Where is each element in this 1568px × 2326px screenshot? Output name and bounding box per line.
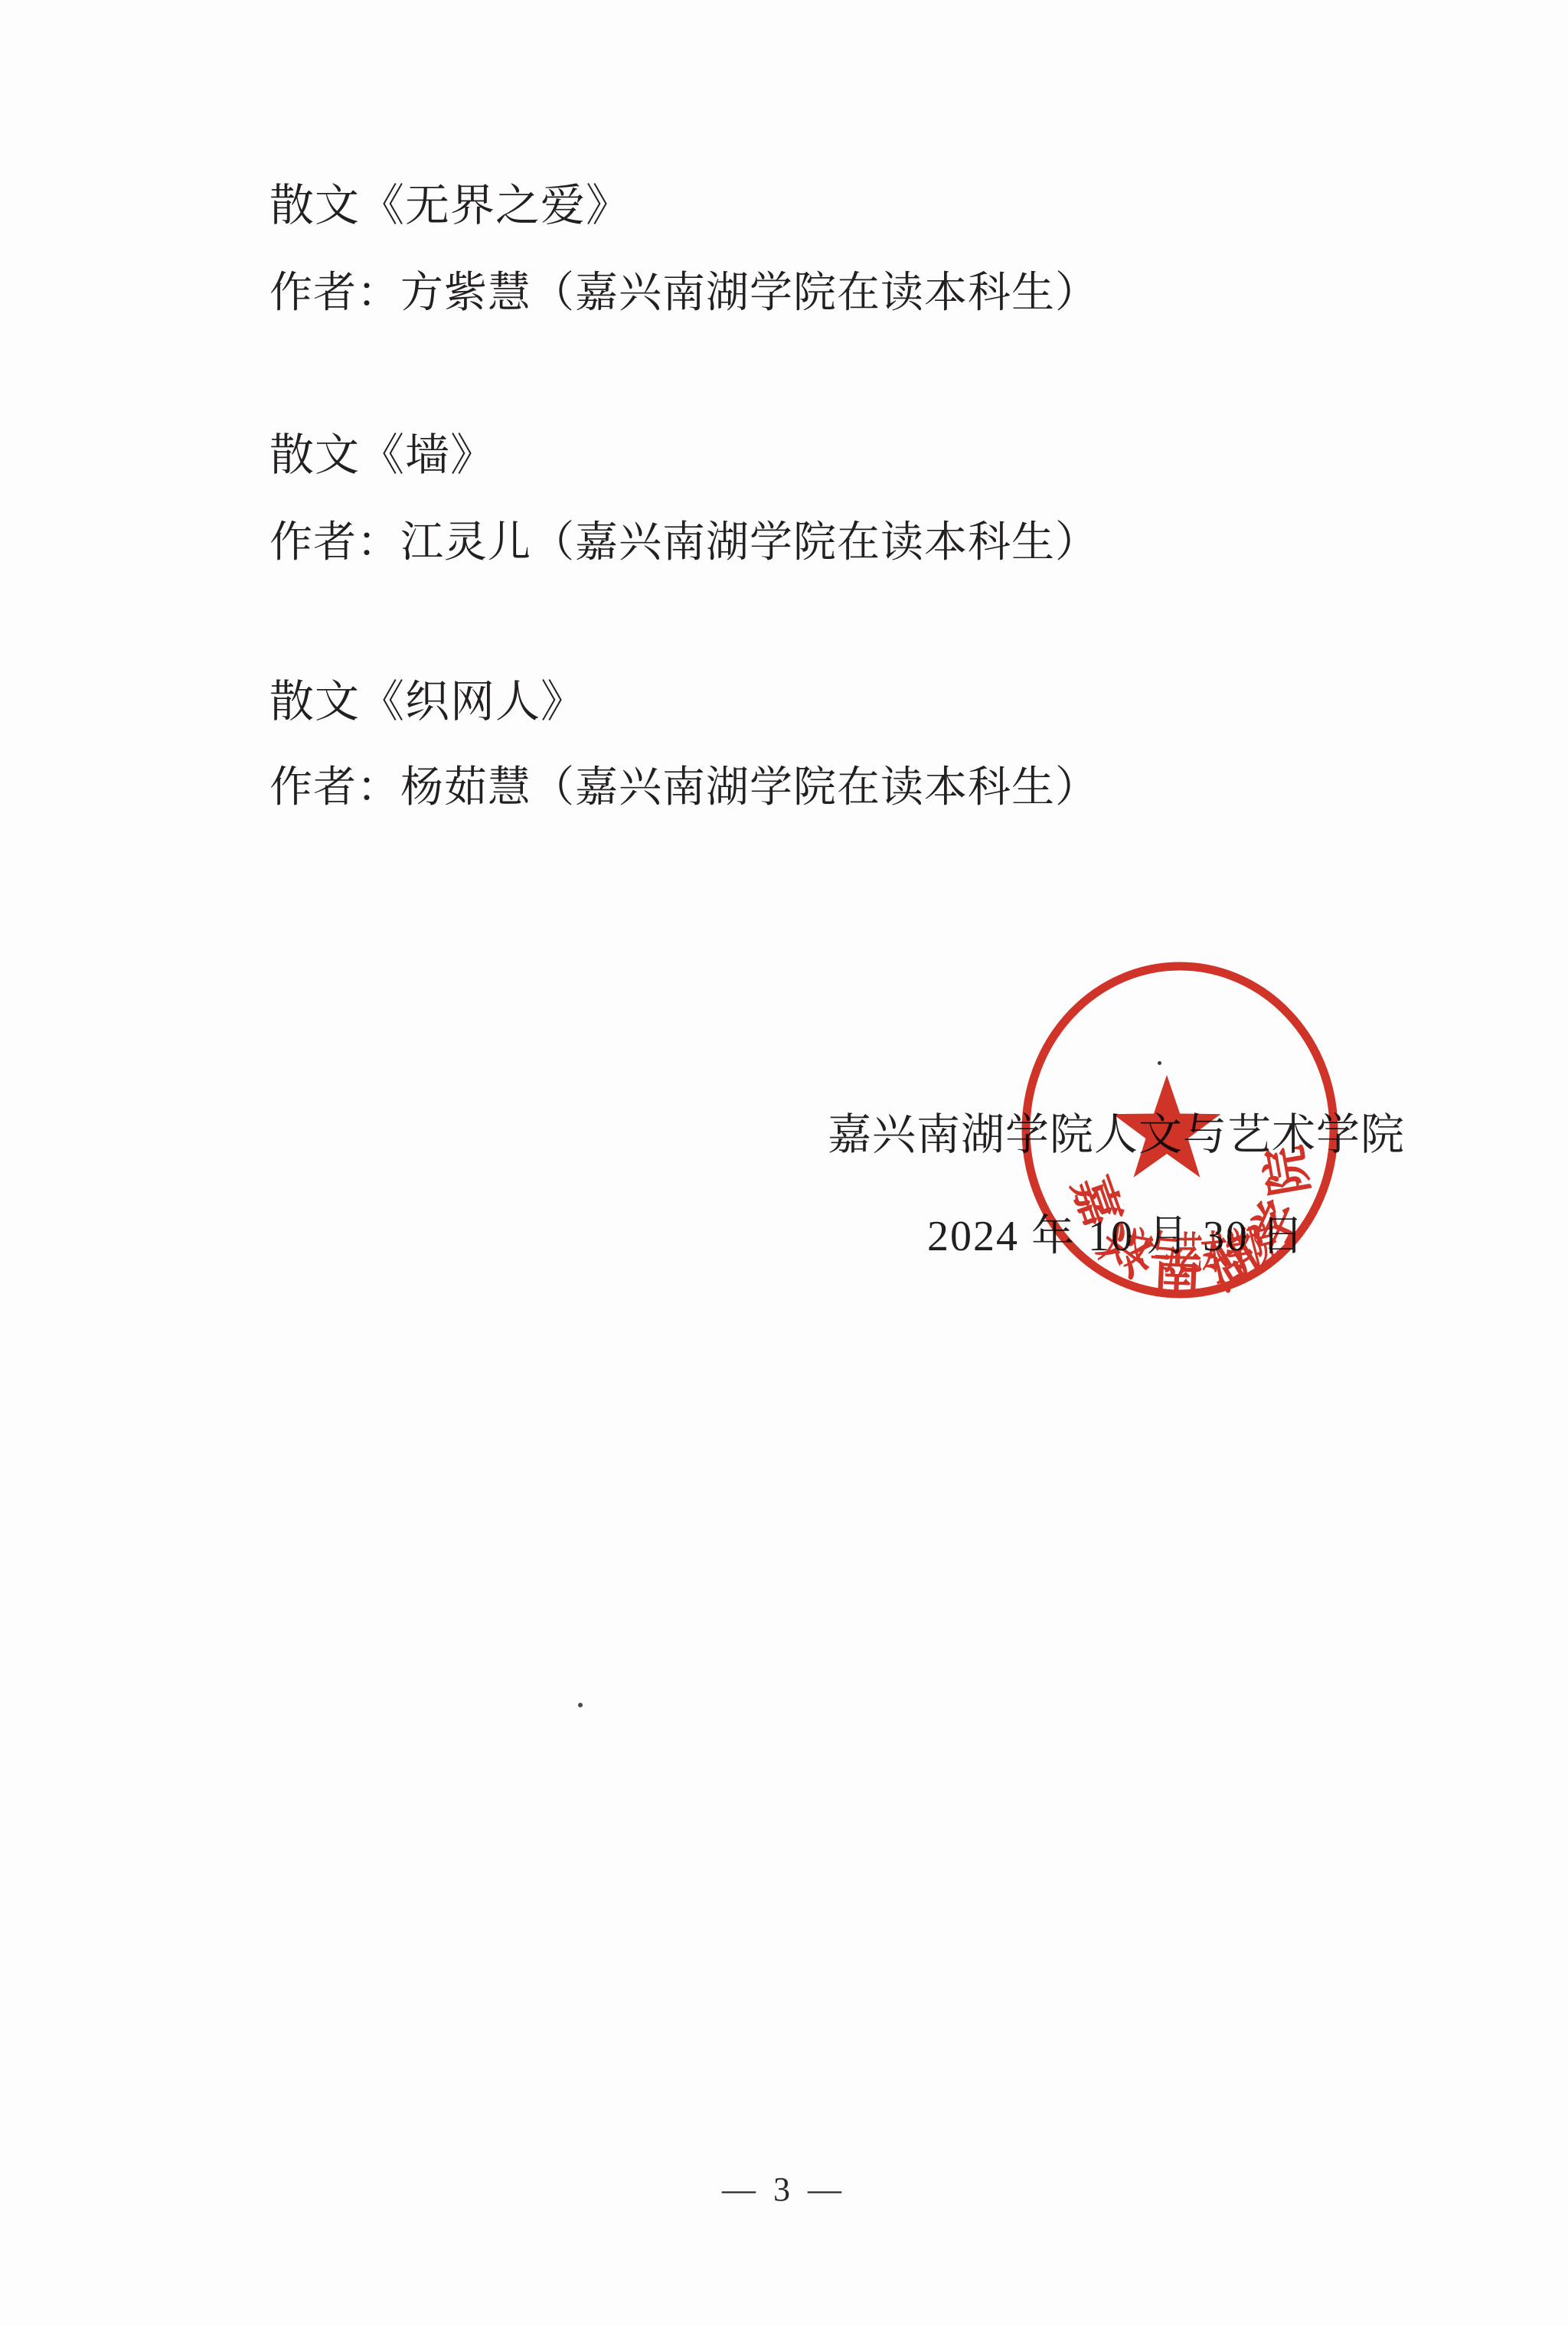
seal-star-icon xyxy=(1113,1075,1221,1178)
page-number: — 3 — xyxy=(0,2170,1568,2209)
scan-speck xyxy=(1158,1061,1161,1065)
essay-author-3: 作者：杨茹慧（嘉兴南湖学院在读本科生） xyxy=(269,763,1099,814)
official-seal-stamp-icon: 嘉兴南湖学院 人文与艺术学院 xyxy=(1021,962,1338,1299)
essay-title-2: 散文《墙》 xyxy=(269,429,495,482)
seal-bottom-text: 人文与艺术学院 xyxy=(1096,1217,1283,1279)
essay-title-3: 散文《织网人》 xyxy=(269,675,586,729)
essay-title-1: 散文《无界之爱》 xyxy=(269,179,631,233)
scan-speck xyxy=(578,1703,583,1707)
essay-author-2: 作者：江灵儿（嘉兴南湖学院在读本科生） xyxy=(269,518,1099,569)
document-page: 散文《无界之爱》 作者：方紫慧（嘉兴南湖学院在读本科生） 散文《墙》 作者：江灵… xyxy=(0,0,1568,2326)
essay-author-1: 作者：方紫慧（嘉兴南湖学院在读本科生） xyxy=(269,268,1099,319)
